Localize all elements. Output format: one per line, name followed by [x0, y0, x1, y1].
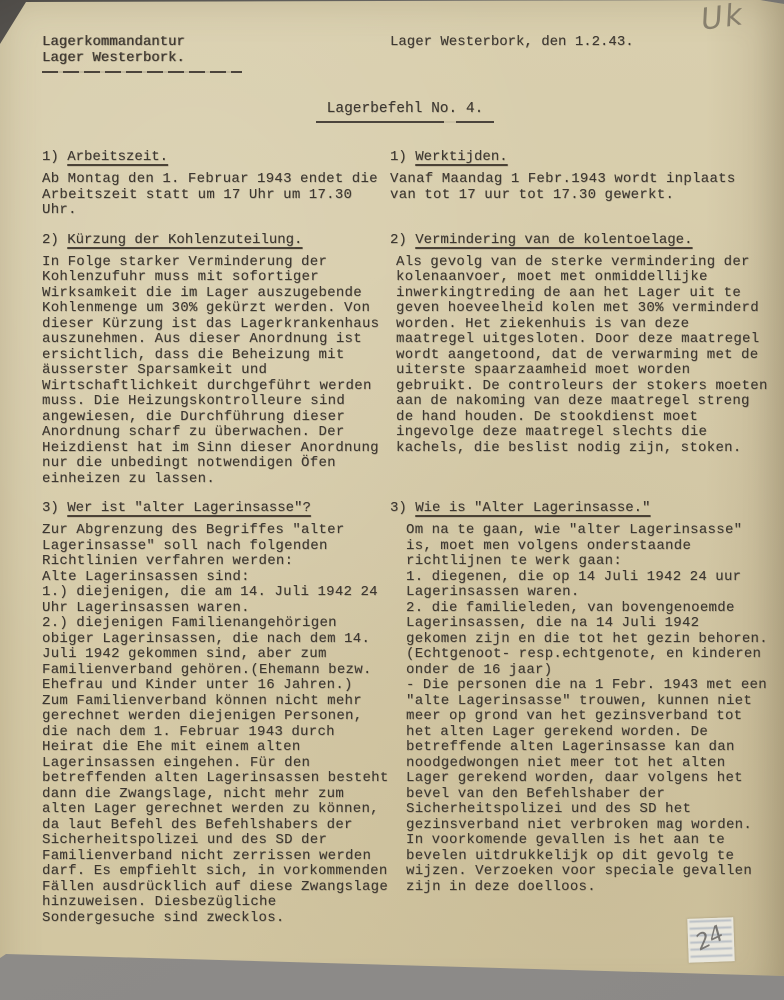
- section-heading: 3) Wie is "Alter Lagerinsasse.": [390, 500, 768, 516]
- sender-line-2: Lager Westerbork.: [42, 50, 390, 66]
- section-heading: 1) Werktijden.: [390, 149, 768, 165]
- sender-line-1: Lagerkommandantur: [42, 34, 390, 50]
- section-text: Zur Abgrenzung des Begriffes "alter Lage…: [42, 523, 390, 926]
- section-heading: 1) Arbeitszeit.: [42, 149, 390, 165]
- section-number: 3): [390, 500, 407, 516]
- section-dutch-2: 2) Vermindering van de kolentoelage. Als…: [390, 232, 768, 488]
- archive-stamp: 24: [687, 917, 735, 963]
- section-text: Als gevolg van de sterke vermindering de…: [390, 255, 768, 457]
- section-text: Vanaf Maandag 1 Febr.1943 wordt inplaats…: [390, 172, 768, 203]
- section-title: Vermindering van de kolentoelage.: [415, 232, 692, 248]
- section-heading: 3) Wer ist "alter Lagerinsasse"?: [42, 500, 390, 516]
- section-german-3: 3) Wer ist "alter Lagerinsasse"? Zur Abg…: [42, 500, 390, 926]
- section-number: 2): [42, 232, 59, 248]
- section-number: 2): [390, 232, 407, 248]
- pencil-corner-mark: Uk: [698, 0, 746, 38]
- section-title: Werktijden.: [415, 149, 507, 165]
- section-number: 1): [390, 149, 407, 165]
- section-text: In Folge starker Verminderung der Kohlen…: [42, 255, 390, 488]
- sender-underline-rule: [42, 71, 242, 73]
- section-title: Arbeitszeit.: [67, 149, 168, 165]
- section-heading: 2) Vermindering van de kolentoelage.: [390, 232, 768, 248]
- section-text: Ab Montag den 1. Februar 1943 endet die …: [42, 172, 390, 219]
- sender-block: Lagerkommandantur Lager Westerbork.: [42, 34, 390, 73]
- section-number: 3): [42, 500, 59, 516]
- two-column-body: 1) Arbeitszeit. Ab Montag den 1. Februar…: [42, 149, 768, 939]
- document-title: Lagerbefehl No. 4.: [327, 101, 484, 117]
- title-underline-rule: [316, 121, 494, 123]
- page-content: Lagerkommandantur Lager Westerbork. Lage…: [42, 34, 768, 939]
- section-number: 1): [42, 149, 59, 165]
- title-block: Lagerbefehl No. 4.: [42, 101, 768, 123]
- section-german-1: 1) Arbeitszeit. Ab Montag den 1. Februar…: [42, 149, 390, 219]
- section-title: Kürzung der Kohlenzuteilung.: [67, 232, 302, 248]
- section-title: Wer ist "alter Lagerinsasse"?: [67, 500, 311, 516]
- section-title: Wie is "Alter Lagerinsasse.": [415, 500, 650, 516]
- section-dutch-3: 3) Wie is "Alter Lagerinsasse." Om na te…: [390, 500, 768, 926]
- section-heading: 2) Kürzung der Kohlenzuteilung.: [42, 232, 390, 248]
- date-line: Lager Westerbork, den 1.2.43.: [390, 34, 768, 50]
- section-text: Om na te gaan, wie "alter Lagerinsasse" …: [390, 523, 768, 895]
- section-german-2: 2) Kürzung der Kohlenzuteilung. In Folge…: [42, 232, 390, 488]
- section-dutch-1: 1) Werktijden. Vanaf Maandag 1 Febr.1943…: [390, 149, 768, 219]
- document-page: Uk Lagerkommandantur Lager Westerbork. L…: [0, 0, 784, 1000]
- document-header: Lagerkommandantur Lager Westerbork. Lage…: [42, 34, 768, 73]
